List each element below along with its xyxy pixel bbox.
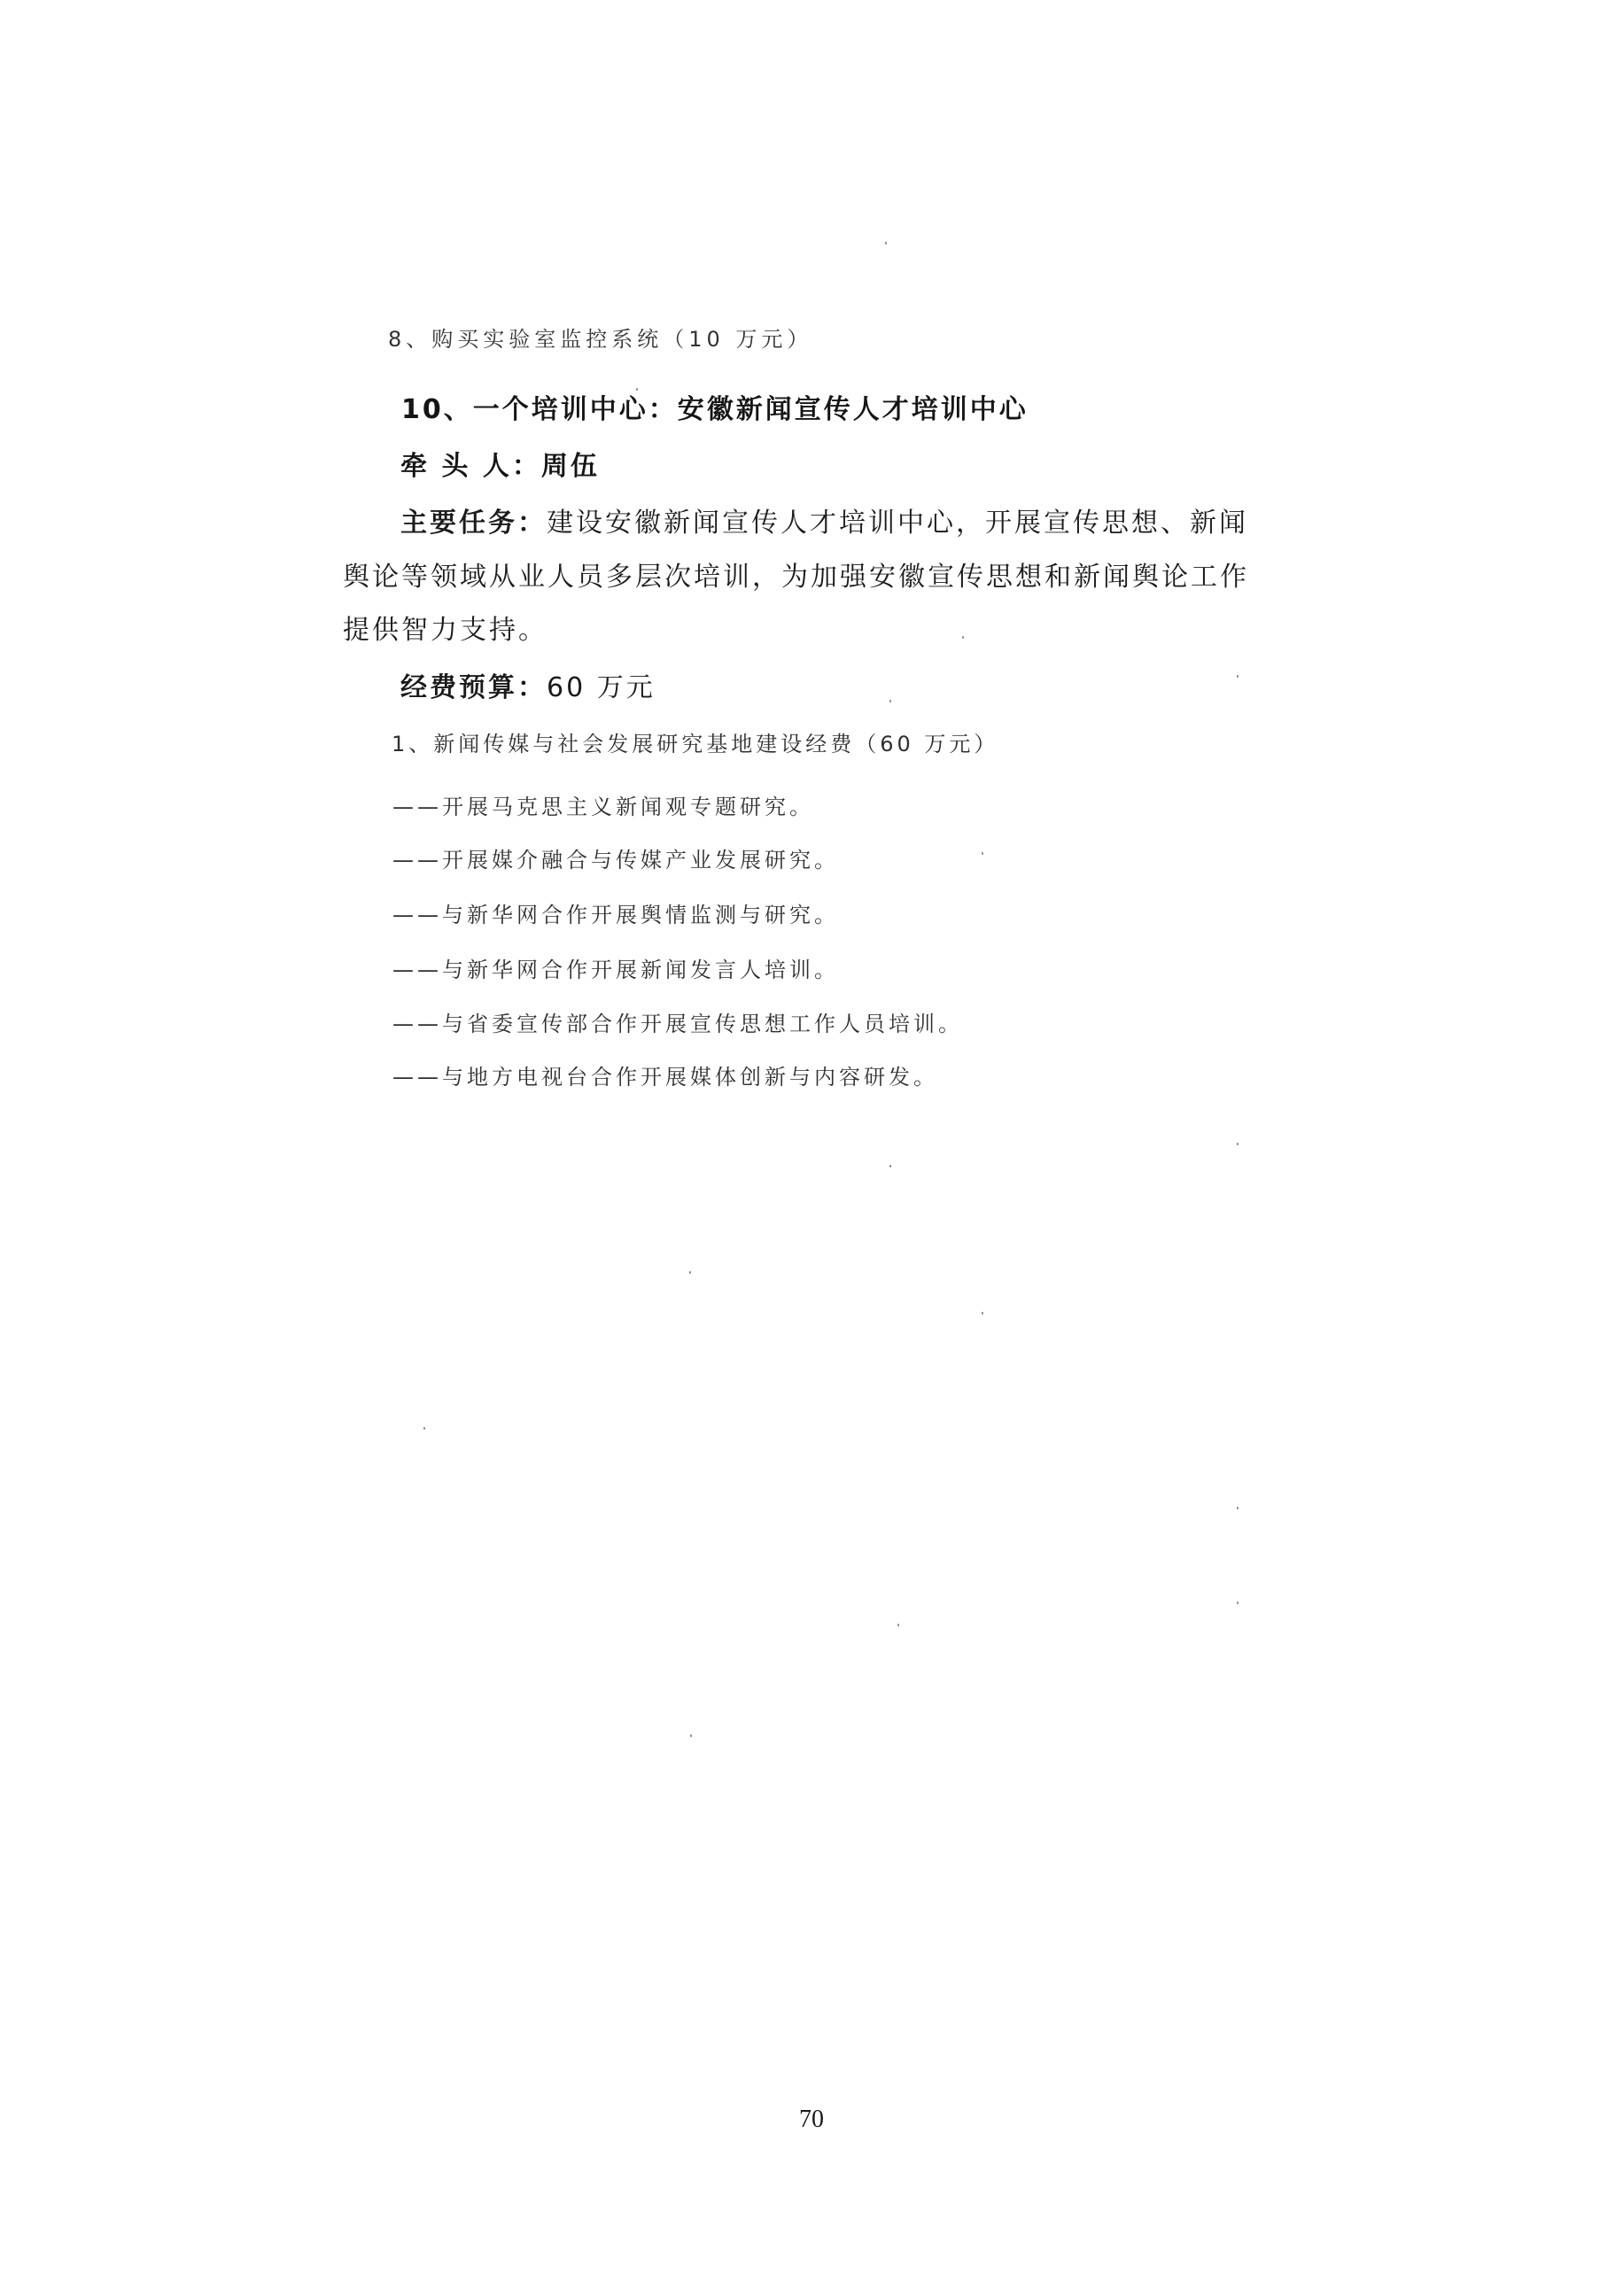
budget-value: 60 万元: [547, 672, 656, 703]
list-item: ——开展马克思主义新闻观专题研究。: [392, 789, 814, 825]
lead-person-row: 牵 头 人：周伍: [400, 449, 600, 485]
scan-speck: [897, 1624, 899, 1626]
list-item: ——与新华网合作开展舆情监测与研究。: [392, 897, 839, 933]
scan-speck: [982, 1312, 983, 1315]
list-item: ——与地方电视台合作开展媒体创新与内容研发。: [392, 1059, 938, 1095]
budget-row: 经费预算：60 万元: [400, 671, 656, 706]
list-item: ——与新华网合作开展新闻发言人培训。: [392, 952, 839, 988]
list-item: ——开展媒介融合与传媒产业发展研究。: [392, 842, 839, 878]
page-number: 70: [794, 2102, 829, 2137]
main-tasks-line-1: 主要任务：建设安徽新闻宣传人才培训中心，开展宣传思想、新闻: [400, 506, 1248, 541]
main-tasks-text: 建设安徽新闻宣传人才培训中心，开展宣传思想、新闻: [547, 508, 1248, 539]
scan-speck: [889, 700, 891, 702]
scan-speck: [1237, 675, 1239, 678]
list-item: ——与省委宣传部合作开展宣传思想工作人员培训。: [392, 1006, 963, 1042]
section-heading: 10、一个培训中心：安徽新闻宣传人才培训中心: [401, 392, 1029, 428]
budget-item-title: 1、新闻传媒与社会发展研究基地建设经费（60 万元）: [392, 726, 998, 762]
scan-speck: [982, 852, 983, 855]
main-tasks-line-2: 舆论等领域从业人员多层次培训，为加强安徽宣传思想和新闻舆论工作: [343, 560, 1249, 595]
document-page: 8、购买实验室监控系统（10 万元） 10、一个培训中心：安徽新闻宣传人才培训中…: [0, 0, 1623, 2296]
scan-speck: [885, 242, 887, 244]
scan-speck: [689, 1271, 691, 1274]
lead-person-label: 牵 头 人：: [400, 451, 541, 482]
scan-speck: [423, 1427, 425, 1430]
budget-item-8-line: 8、购买实验室监控系统（10 万元）: [388, 322, 812, 357]
main-tasks-label: 主要任务：: [400, 508, 547, 539]
scan-speck: [636, 388, 638, 391]
lead-person-value: 周伍: [541, 451, 600, 482]
scan-speck: [1237, 1507, 1239, 1509]
scan-speck: [962, 636, 964, 639]
scan-speck: [1237, 1143, 1239, 1145]
scan-speck: [690, 1734, 692, 1737]
scan-speck: [1237, 1602, 1239, 1604]
main-tasks-line-3: 提供智力支持。: [343, 613, 547, 648]
scan-speck: [889, 1165, 891, 1167]
budget-label: 经费预算：: [400, 672, 547, 703]
